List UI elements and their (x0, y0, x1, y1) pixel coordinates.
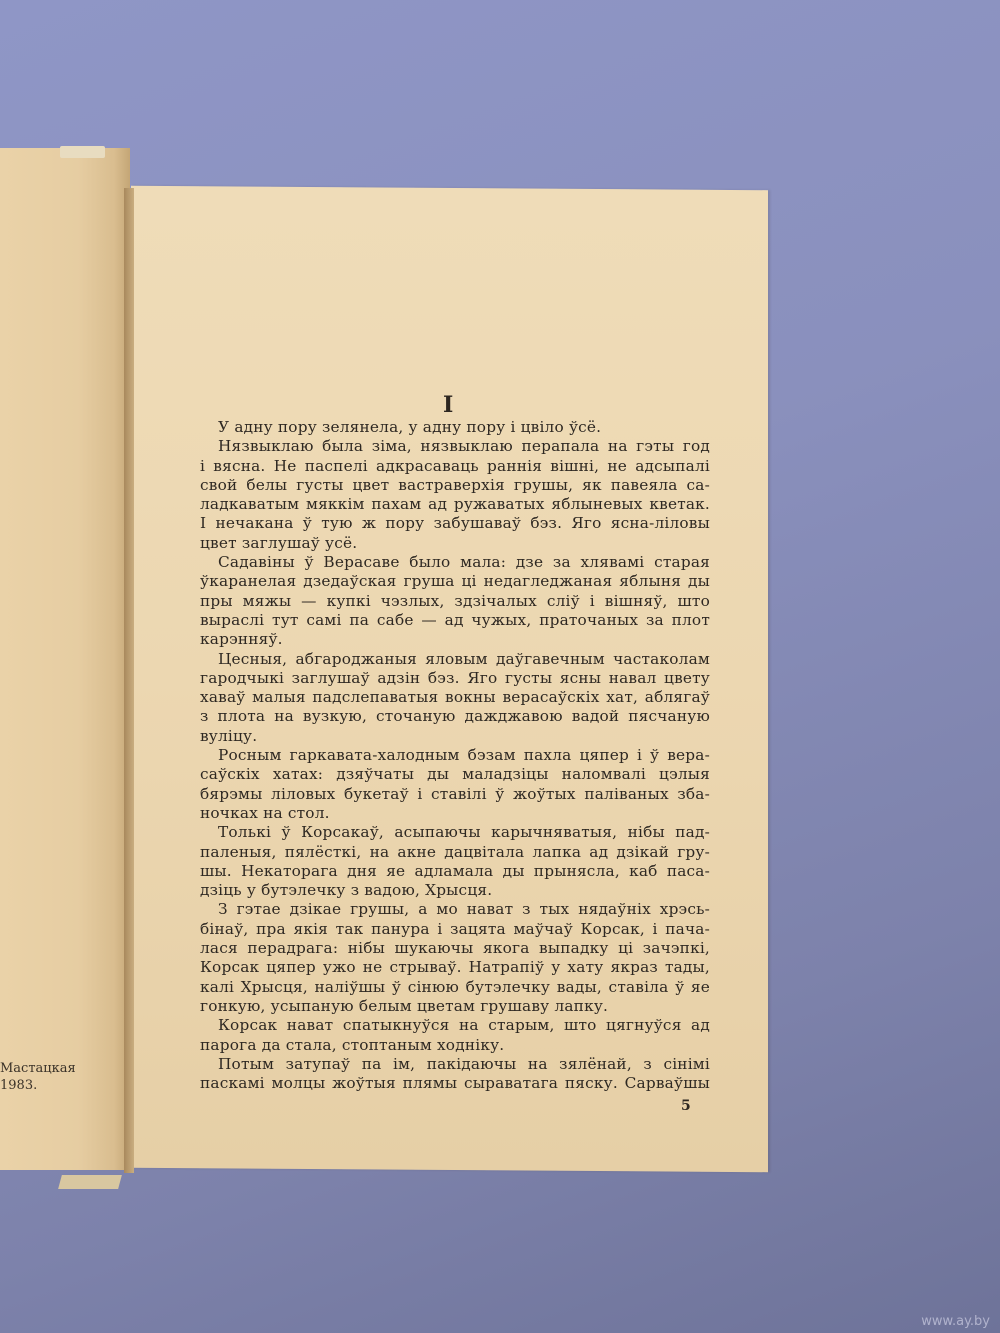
text-line: Толькі ў Корсакаў, асыпаючы карычняватыя… (200, 823, 710, 842)
cover-edge-bottom (58, 1175, 122, 1189)
imprint-line: 1983. (0, 1077, 76, 1094)
text-line: і вясна. Не паспелі адкрасаваць раннія в… (200, 457, 710, 476)
paragraph: У адну пору зелянела, у адну пору і цвіл… (200, 418, 710, 437)
text-line: бінаў, пра якія так панура і зацята маўч… (200, 920, 710, 939)
book-spine (124, 188, 134, 1173)
paragraph: Садавіны ў Верасаве было мала: дзе за хл… (200, 553, 710, 649)
text-line: Потым затупаў па ім, пакідаючы на зялёна… (200, 1055, 710, 1074)
text-line: лася перадрага: нібы шукаючы якога выпад… (200, 939, 710, 958)
text-line: ўкаранелая дзедаўская груша ці недагледж… (200, 572, 710, 591)
text-line: саўскіх хатах: дзяўчаты ды маладзіцы нал… (200, 765, 710, 784)
publisher-imprint: Мастацкая 1983. (0, 1060, 76, 1094)
page-number: 5 (681, 1098, 691, 1114)
paragraph: З гэтае дзікае грушы, а мо нават з тых н… (200, 900, 710, 1016)
text-line: паленыя, пялёсткі, на акне дацвітала лап… (200, 843, 710, 862)
imprint-line: Мастацкая (0, 1060, 76, 1077)
text-line: вуліцу. (200, 727, 710, 746)
text-line: бярэмы ліловых букетаў і ставілі ў жоўты… (200, 785, 710, 804)
text-line: гародчыкі заглушаў адзін бэз. Яго густы … (200, 669, 710, 688)
text-line: Корсак нават спатыкнуўся на старым, што … (200, 1016, 710, 1035)
text-line: з плота на вузкую, сточаную дажджавою ва… (200, 707, 710, 726)
watermark: www.ay.by (921, 1314, 990, 1329)
left-page (0, 148, 130, 1170)
chapter-body-text: У адну пору зелянела, у адну пору і цвіл… (200, 418, 710, 1093)
text-line: калі Хрысця, наліўшы ў сінюю бутэлечку в… (200, 978, 710, 997)
chapter-number: I (443, 392, 453, 418)
paragraph: Потым затупаў па ім, пакідаючы на зялёна… (200, 1055, 710, 1094)
text-line: Росным гаркавата-халодным бэзам пахла ця… (200, 746, 710, 765)
paragraph: Нязвыклаю была зіма, нязвыклаю перапала … (200, 437, 710, 553)
text-line: Нязвыклаю была зіма, нязвыклаю перапала … (200, 437, 710, 456)
paragraph: Корсак нават спатыкнуўся на старым, што … (200, 1016, 710, 1055)
text-line: выраслі тут самі па сабе — ад чужых, пра… (200, 611, 710, 630)
text-line: ночках на стол. (200, 804, 710, 823)
text-line: цвет заглушаў усё. (200, 534, 710, 553)
text-line: пры мяжы — купкі чэзлых, здзічалых сліў … (200, 592, 710, 611)
text-line: дзіць у бутэлечку з вадою, Хрысця. (200, 881, 710, 900)
text-line: шы. Некаторага дня яе адламала ды прыняс… (200, 862, 710, 881)
paragraph: Толькі ў Корсакаў, асыпаючы карычняватыя… (200, 823, 710, 900)
text-line: парога да стала, стоптаным ходніку. (200, 1036, 710, 1055)
text-line: гонкую, усыпаную белым цветам грушаву ла… (200, 997, 710, 1016)
text-line: У адну пору зелянела, у адну пору і цвіл… (200, 418, 710, 437)
text-line: хаваў малыя падслепаватыя вокны верасаўс… (200, 688, 710, 707)
paragraph: Росным гаркавата-халодным бэзам пахла ця… (200, 746, 710, 823)
text-line: Цесныя, абгароджаныя яловым даўгавечным … (200, 650, 710, 669)
text-line: паскамі молцы жоўтыя плямы сыраватага пя… (200, 1074, 710, 1093)
text-line: Садавіны ў Верасаве было мала: дзе за хл… (200, 553, 710, 572)
text-line: І нечакана ў тую ж пору забушаваў бэз. Я… (200, 514, 710, 533)
text-line: карэнняў. (200, 630, 710, 649)
text-line: Корсак цяпер ужо не стрываў. Натрапіў у … (200, 958, 710, 977)
text-line: З гэтае дзікае грушы, а мо нават з тых н… (200, 900, 710, 919)
paragraph: Цесныя, абгароджаныя яловым даўгавечным … (200, 650, 710, 746)
text-line: ладкаватым мяккім пахам ад ружаватых ябл… (200, 495, 710, 514)
text-line: свой белы густы цвет вастраверхія грушы,… (200, 476, 710, 495)
cover-edge-top (60, 146, 105, 158)
